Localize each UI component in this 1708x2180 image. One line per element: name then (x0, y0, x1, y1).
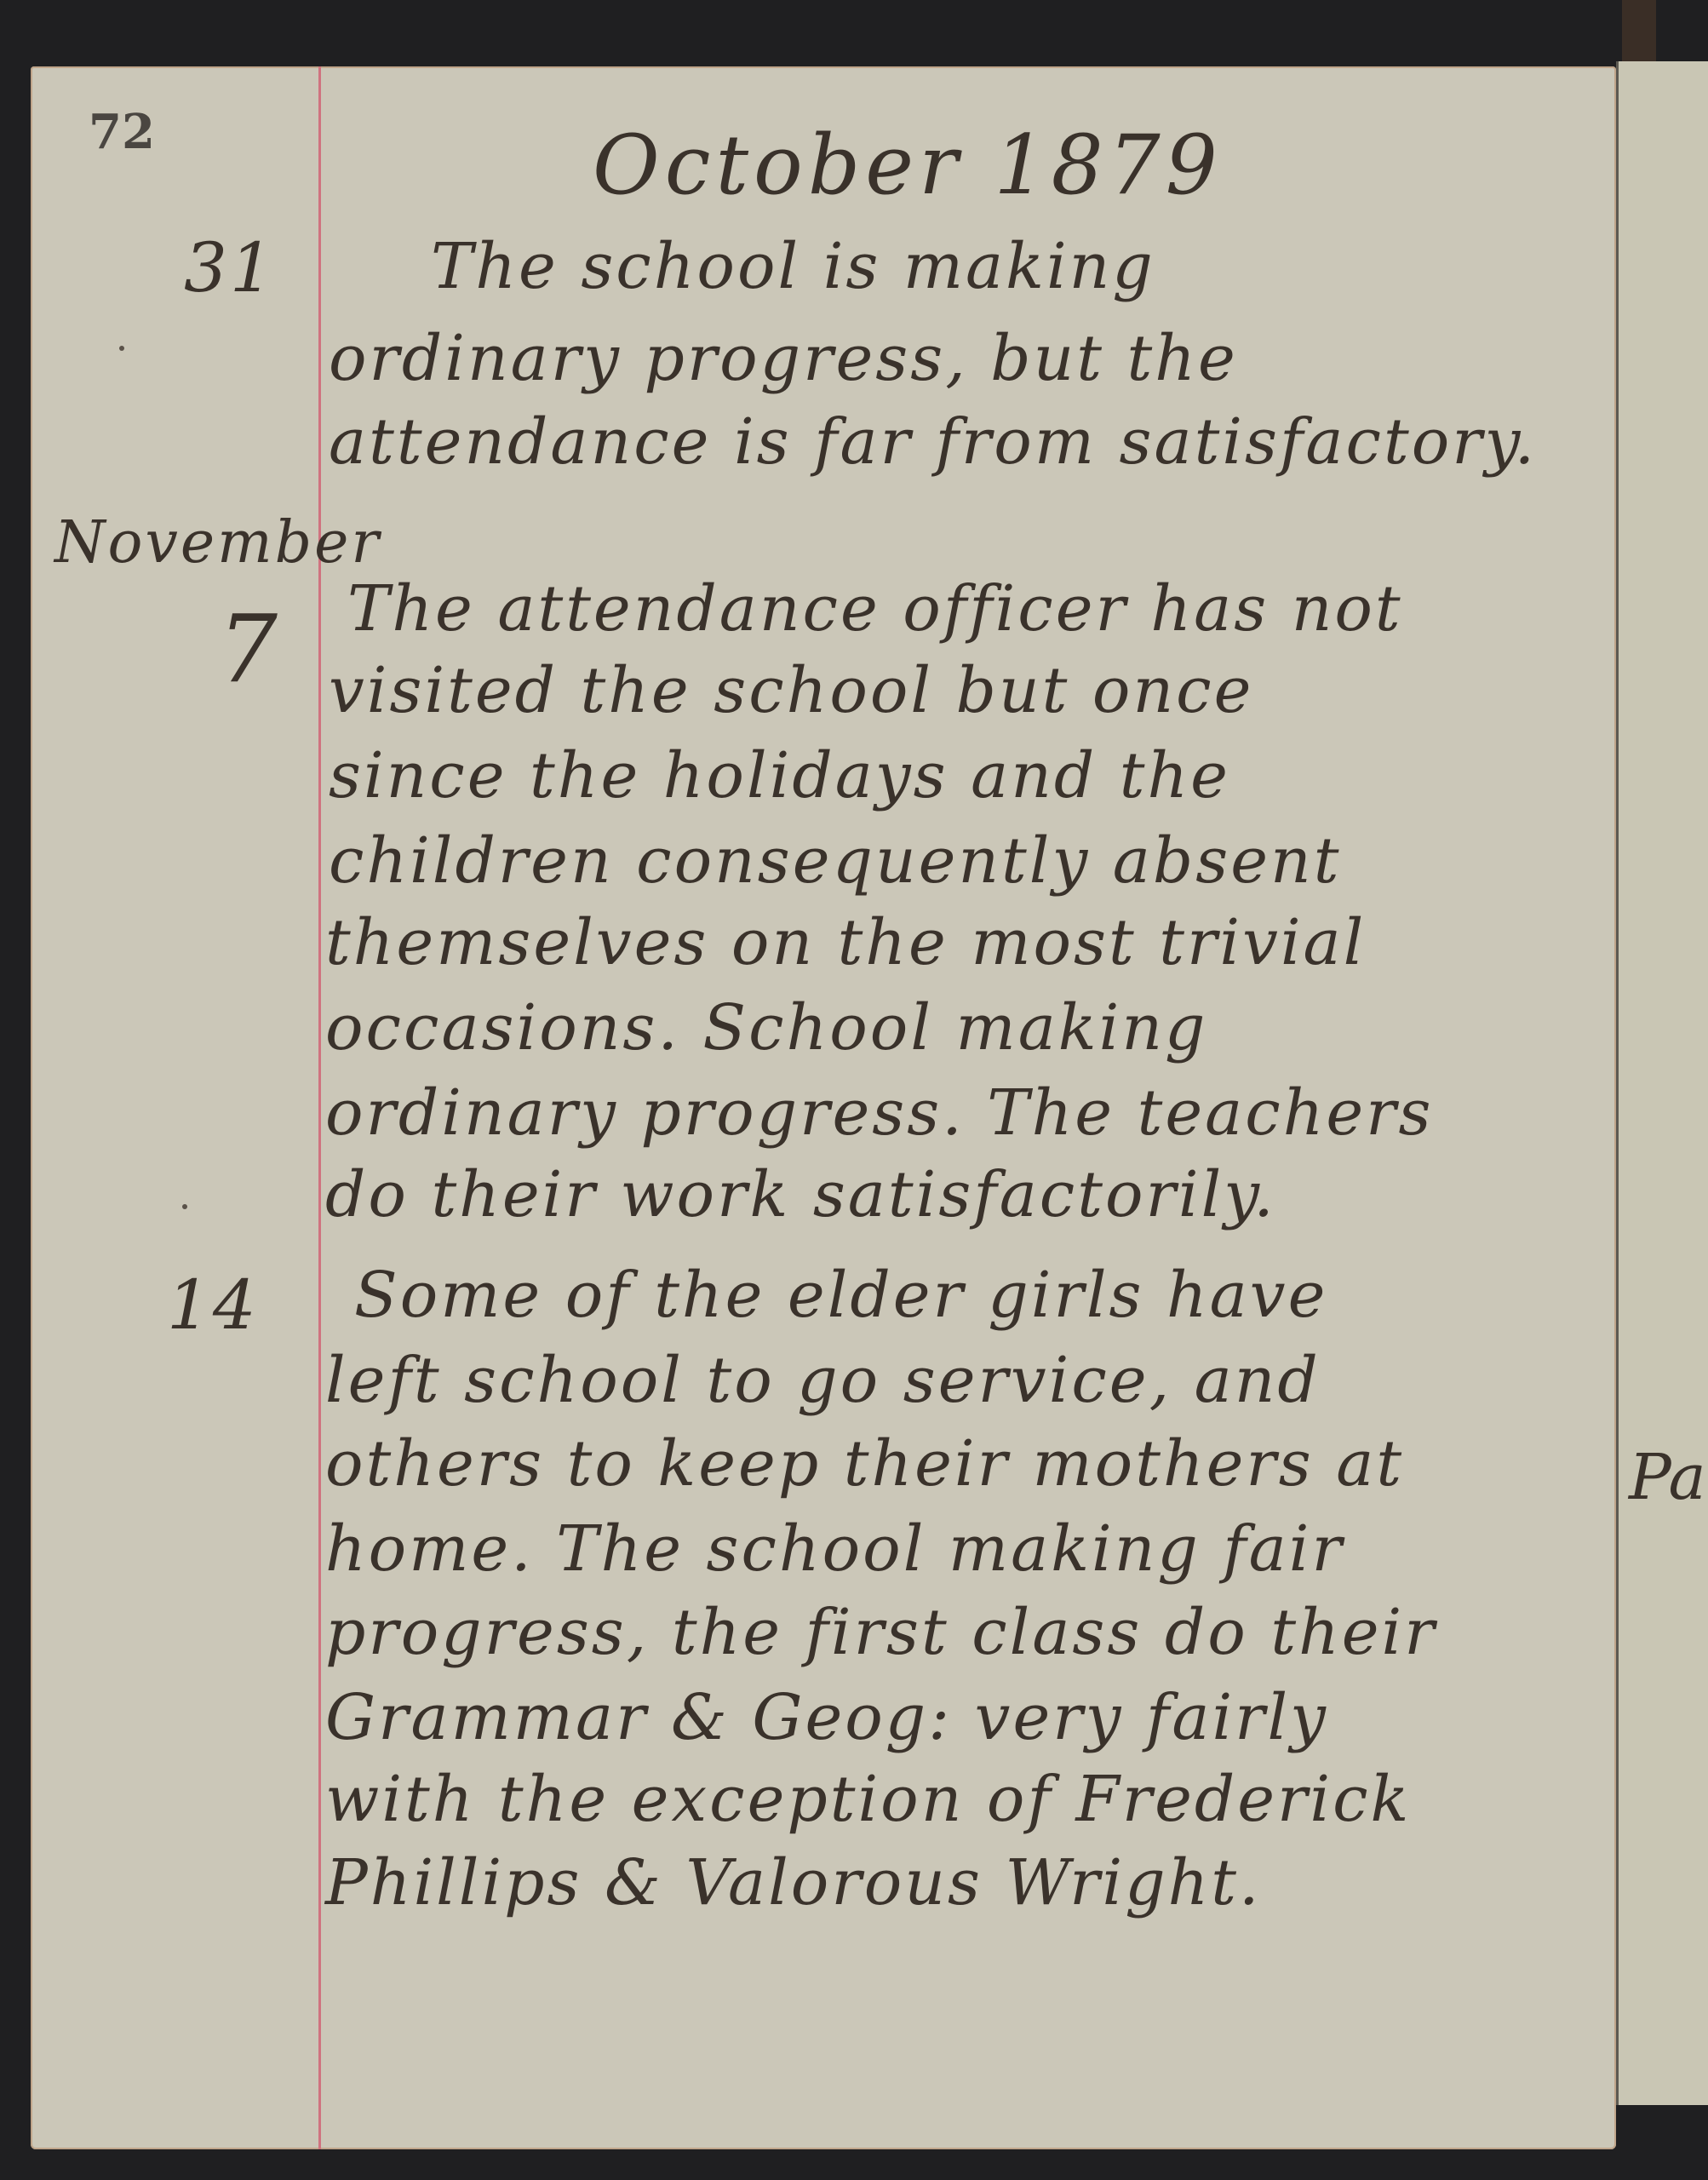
entry-line: children consequently absent (329, 824, 1341, 898)
entry-line: The school is making (431, 230, 1155, 303)
entry-line: visited the school but once (329, 654, 1253, 727)
entry-line: home. The school making fair (325, 1512, 1344, 1586)
entry-line: themselves on the most trivial (325, 906, 1366, 979)
entry-line: ordinary progress. The teachers (325, 1076, 1434, 1150)
entry-line: Phillips & Valorous Wright. (325, 1846, 1262, 1919)
margin-date-31: 31 (184, 228, 276, 307)
entry-line: The attendance officer has not (347, 572, 1403, 645)
entry-line: Some of the elder girls have (354, 1259, 1327, 1332)
entry-line: since the holidays and the (329, 739, 1230, 812)
margin-dot (119, 346, 124, 351)
entry-line: do their work satisfactorily. (325, 1158, 1276, 1231)
entry-line: occasions. School making (325, 991, 1207, 1064)
margin-dot (182, 1204, 187, 1209)
page-number: 72 (89, 104, 155, 160)
logbook-page: 72 October 1879 31 November 7 14 The sch… (31, 66, 1616, 2149)
margin-date-14: 14 (167, 1265, 259, 1345)
book-spine (1622, 0, 1656, 61)
entry-line: others to keep their mothers at (325, 1427, 1404, 1500)
entry-line: ordinary progress, but the (329, 322, 1238, 395)
adjacent-page-partial-text: Pa (1629, 1441, 1706, 1514)
entry-line: attendance is far from satisfactory. (329, 405, 1537, 479)
margin-date-7: 7 (218, 594, 280, 703)
adjacent-page: Pa (1616, 61, 1708, 2105)
entry-line: left school to go service, and (325, 1344, 1321, 1417)
entry-line: progress, the first class do their (325, 1596, 1437, 1669)
margin-rule (318, 66, 321, 2149)
entry-line: with the exception of Frederick (325, 1763, 1411, 1836)
entry-line: Grammar & Geog: very fairly (325, 1681, 1328, 1754)
margin-month-november: November (54, 509, 381, 577)
page-heading: October 1879 (593, 118, 1223, 213)
